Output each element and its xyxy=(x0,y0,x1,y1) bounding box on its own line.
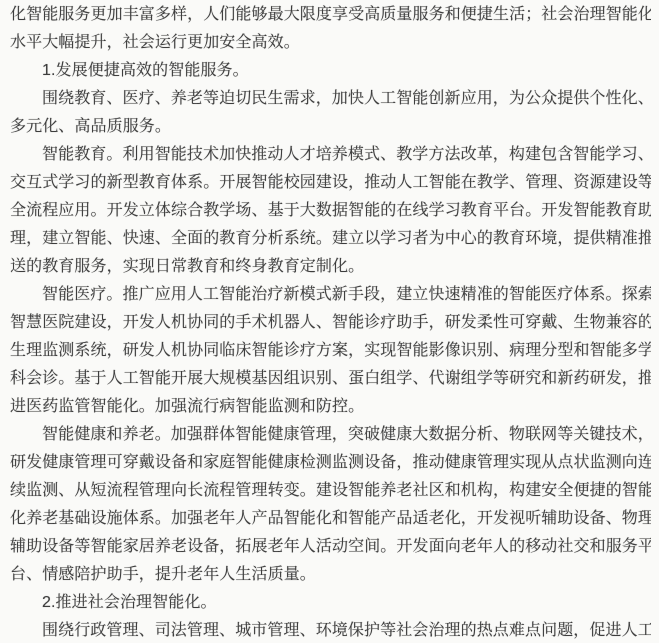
text-line: 智慧医院建设，开发人机协同的手术机器人、智能诊疗助手，研发柔性可穿戴、生物兼容的 xyxy=(10,309,651,337)
text-line: 送的教育服务，实现日常教育和终身教育定制化。 xyxy=(10,253,651,281)
text-line: 智能教育。利用智能技术加快推动人才培养模式、教学方法改革，构建包含智能学习、 xyxy=(10,141,651,169)
text-line: 水平大幅提升，社会运行更加安全高效。 xyxy=(10,29,651,57)
text-line: 智能健康和养老。加强群体智能健康管理，突破健康大数据分析、物联网等关键技术， xyxy=(10,421,651,449)
text-line: 化养老基础设施体系。加强老年人产品智能化和智能产品适老化，开发视听辅助设备、物理 xyxy=(10,505,651,533)
text-line: 台、情感陪护助手，提升老年人生活质量。 xyxy=(10,561,651,589)
text-line: 续监测、从短流程管理向长流程管理转变。建设智能养老社区和机构，构建安全便捷的智能 xyxy=(10,477,651,505)
document-page: 化智能服务更加丰富多样，人们能够最大限度享受高质量服务和便捷生活；社会治理智能化… xyxy=(0,0,659,643)
text-line: 智能医疗。推广应用人工智能治疗新模式新手段，建立快速精准的智能医疗体系。探索 xyxy=(10,281,651,309)
text-line: 1.发展便捷高效的智能服务。 xyxy=(10,57,651,85)
text-line: 多元化、高品质服务。 xyxy=(10,113,651,141)
text-line: 理，建立智能、快速、全面的教育分析系统。建立以学习者为中心的教育环境，提供精准推 xyxy=(10,225,651,253)
text-line: 进医药监管智能化。加强流行病智能监测和防控。 xyxy=(10,393,651,421)
text-line: 辅助设备等智能家居养老设备，拓展老年人活动空间。开发面向老年人的移动社交和服务平 xyxy=(10,533,651,561)
text-line: 研发健康管理可穿戴设备和家庭智能健康检测监测设备，推动健康管理实现从点状监测向连 xyxy=(10,449,651,477)
text-line: 2.推进社会治理智能化。 xyxy=(10,589,651,617)
text-line: 围绕行政管理、司法管理、城市管理、环境保护等社会治理的热点难点问题，促进人工 xyxy=(10,617,651,643)
text-line: 围绕教育、医疗、养老等迫切民生需求，加快人工智能创新应用，为公众提供个性化、 xyxy=(10,85,651,113)
text-line: 化智能服务更加丰富多样，人们能够最大限度享受高质量服务和便捷生活；社会治理智能化 xyxy=(10,1,651,29)
text-line: 生理监测系统，研发人机协同临床智能诊疗方案，实现智能影像识别、病理分型和智能多学 xyxy=(10,337,651,365)
text-line: 全流程应用。开发立体综合教学场、基于大数据智能的在线学习教育平台。开发智能教育助 xyxy=(10,197,651,225)
text-line: 交互式学习的新型教育体系。开展智能校园建设，推动人工智能在教学、管理、资源建设等 xyxy=(10,169,651,197)
text-line: 科会诊。基于人工智能开展大规模基因组识别、蛋白组学、代谢组学等研究和新药研发，推 xyxy=(10,365,651,393)
